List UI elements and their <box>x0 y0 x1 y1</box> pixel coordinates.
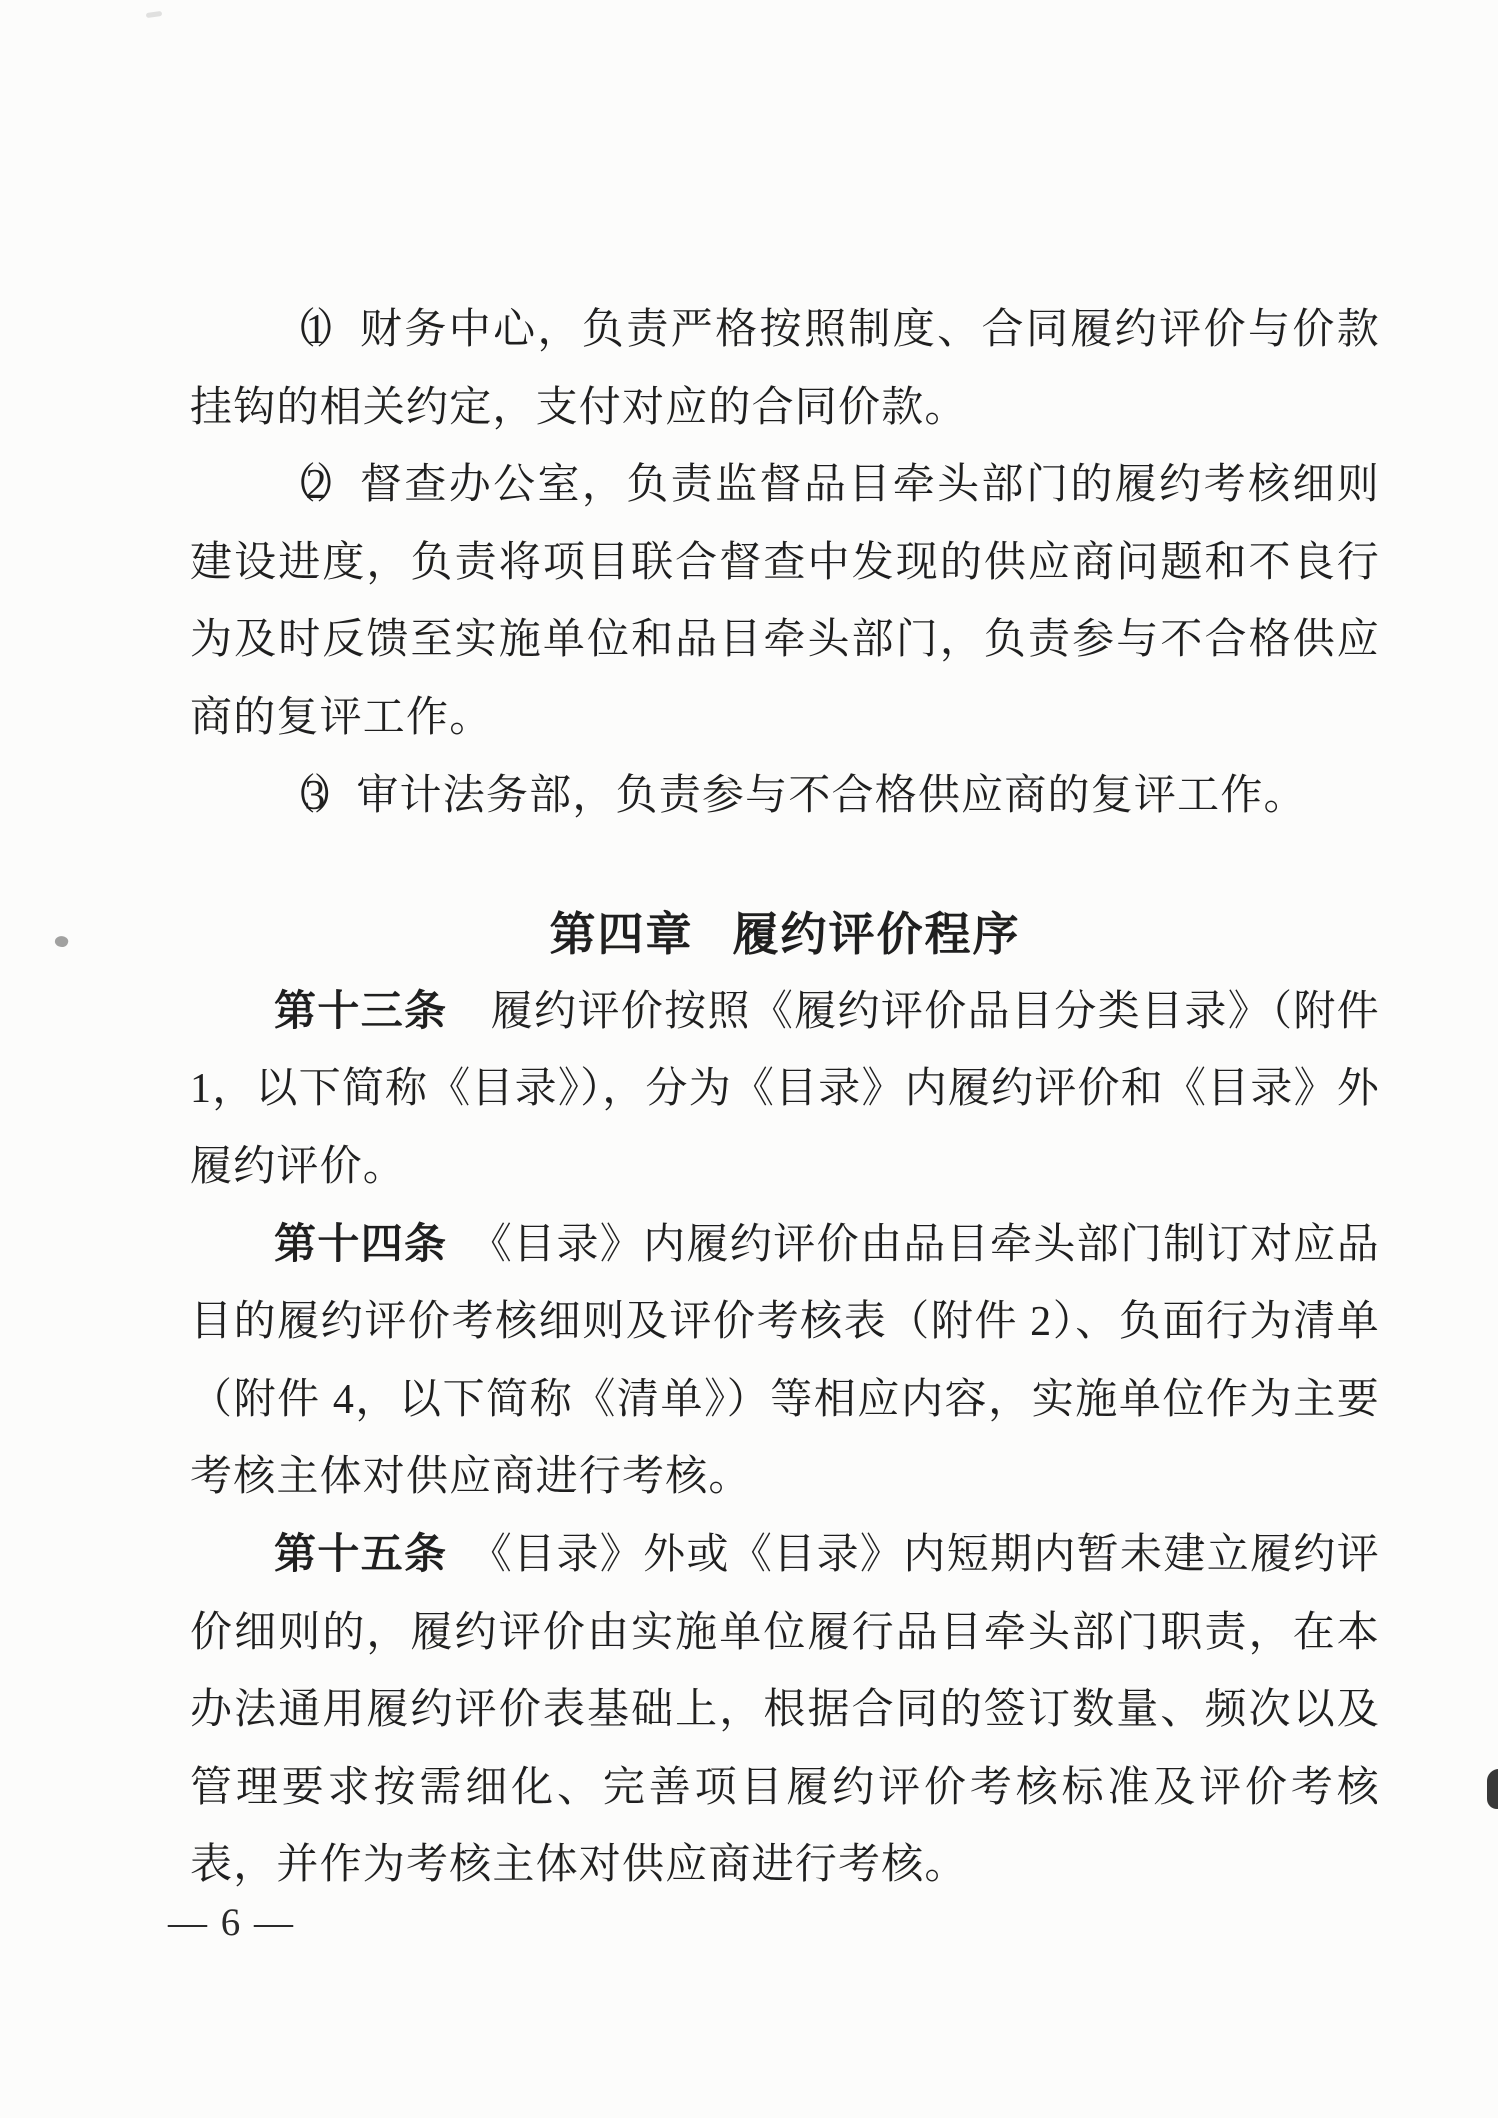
chapter-number: 第四章 <box>549 909 693 960</box>
page-number: — 6 — <box>168 1898 295 1948</box>
clause-3: （3）审计法务部，负责参与不合格供应商的复评工作。 <box>190 758 1380 836</box>
paragraph-lead: 第十三条 <box>274 989 447 1035</box>
document-content: （1）财务中心，负责严格按照制度、合同履约评价与价款挂钩的相关约定，支付对应的合… <box>190 292 1380 1905</box>
scan-ink-mark-right <box>1487 1769 1498 1809</box>
clause-1: （1）财务中心，负责严格按照制度、合同履约评价与价款挂钩的相关约定，支付对应的合… <box>190 292 1380 447</box>
paragraph-lead: 第十五条 <box>274 1532 447 1578</box>
document-page: （1）财务中心，负责严格按照制度、合同履约评价与价款挂钩的相关约定，支付对应的合… <box>0 0 1498 2118</box>
article-14: 第十四条 《目录》内履约评价由品目牵头部门制订对应品目的履约评价考核细则及评价考… <box>190 1207 1380 1517</box>
paragraph-text: 审计法务部，负责参与不合格供应商的复评工作。 <box>356 773 1306 819</box>
paragraph-lead: （3） <box>274 773 344 819</box>
chapter-title: 履约评价程序 <box>733 909 1021 960</box>
paragraph-text: 财务中心，负责严格按照制度、合同履约评价与价款挂钩的相关约定，支付对应的合同价款… <box>190 307 1380 431</box>
paragraph-lead: （2） <box>274 462 347 508</box>
article-15: 第十五条 《目录》外或《目录》内短期内暂未建立履约评价细则的，履约评价由实施单位… <box>190 1517 1380 1905</box>
scan-speck-top <box>146 11 163 18</box>
scan-speck-left <box>54 934 70 949</box>
article-13: 第十三条 履约评价按照《履约评价品目分类目录》（附件 1，以下简称《目录》），分… <box>190 974 1380 1207</box>
paragraph-text: 督查办公室，负责监督品目牵头部门的履约考核细则建设进度，负责将项目联合督查中发现… <box>190 462 1380 741</box>
paragraph-lead: 第十四条 <box>274 1222 447 1268</box>
paragraph-lead: （1） <box>274 307 347 353</box>
chapter-4-heading: 第四章履约评价程序 <box>190 896 1380 974</box>
clause-2: （2）督查办公室，负责监督品目牵头部门的履约考核细则建设进度，负责将项目联合督查… <box>190 447 1380 757</box>
paragraph-text: 《目录》外或《目录》内短期内暂未建立履约评价细则的，履约评价由实施单位履行品目牵… <box>190 1532 1380 1888</box>
